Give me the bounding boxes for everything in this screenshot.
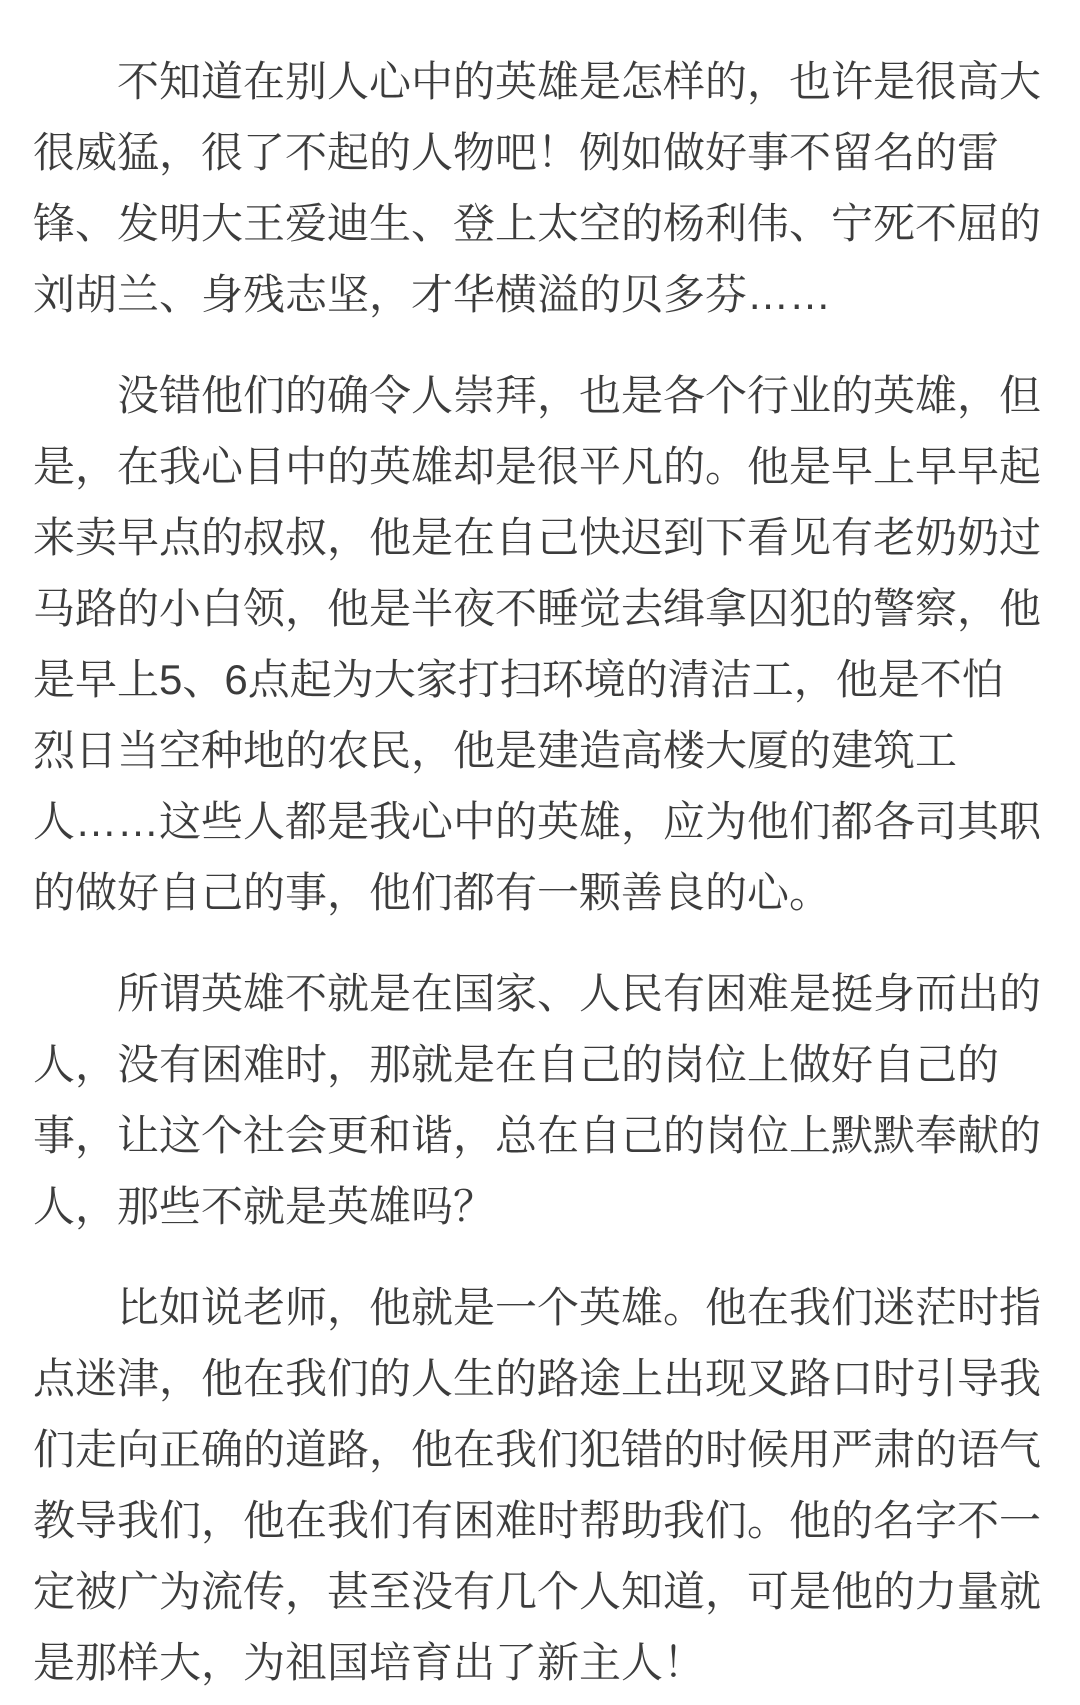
essay-paragraph-4: 比如说老师，他就是一个英雄。他在我们迷茫时指点迷津，他在我们的人生的路途上出现叉… [33, 1272, 1042, 1698]
essay-paragraph-1: 不知道在别人心中的英雄是怎样的，也许是很高大很威猛，很了不起的人物吧！例如做好事… [33, 46, 1042, 330]
essay-paragraph-2: 没错他们的确令人崇拜，也是各个行业的英雄，但是，在我心目中的英雄却是很平凡的。他… [33, 360, 1042, 928]
essay-article-page: 不知道在别人心中的英雄是怎样的，也许是很高大很威猛，很了不起的人物吧！例如做好事… [0, 0, 1080, 1705]
essay-paragraph-3: 所谓英雄不就是在国家、人民有困难是挺身而出的人，没有困难时，那就是在自己的岗位上… [33, 958, 1042, 1242]
